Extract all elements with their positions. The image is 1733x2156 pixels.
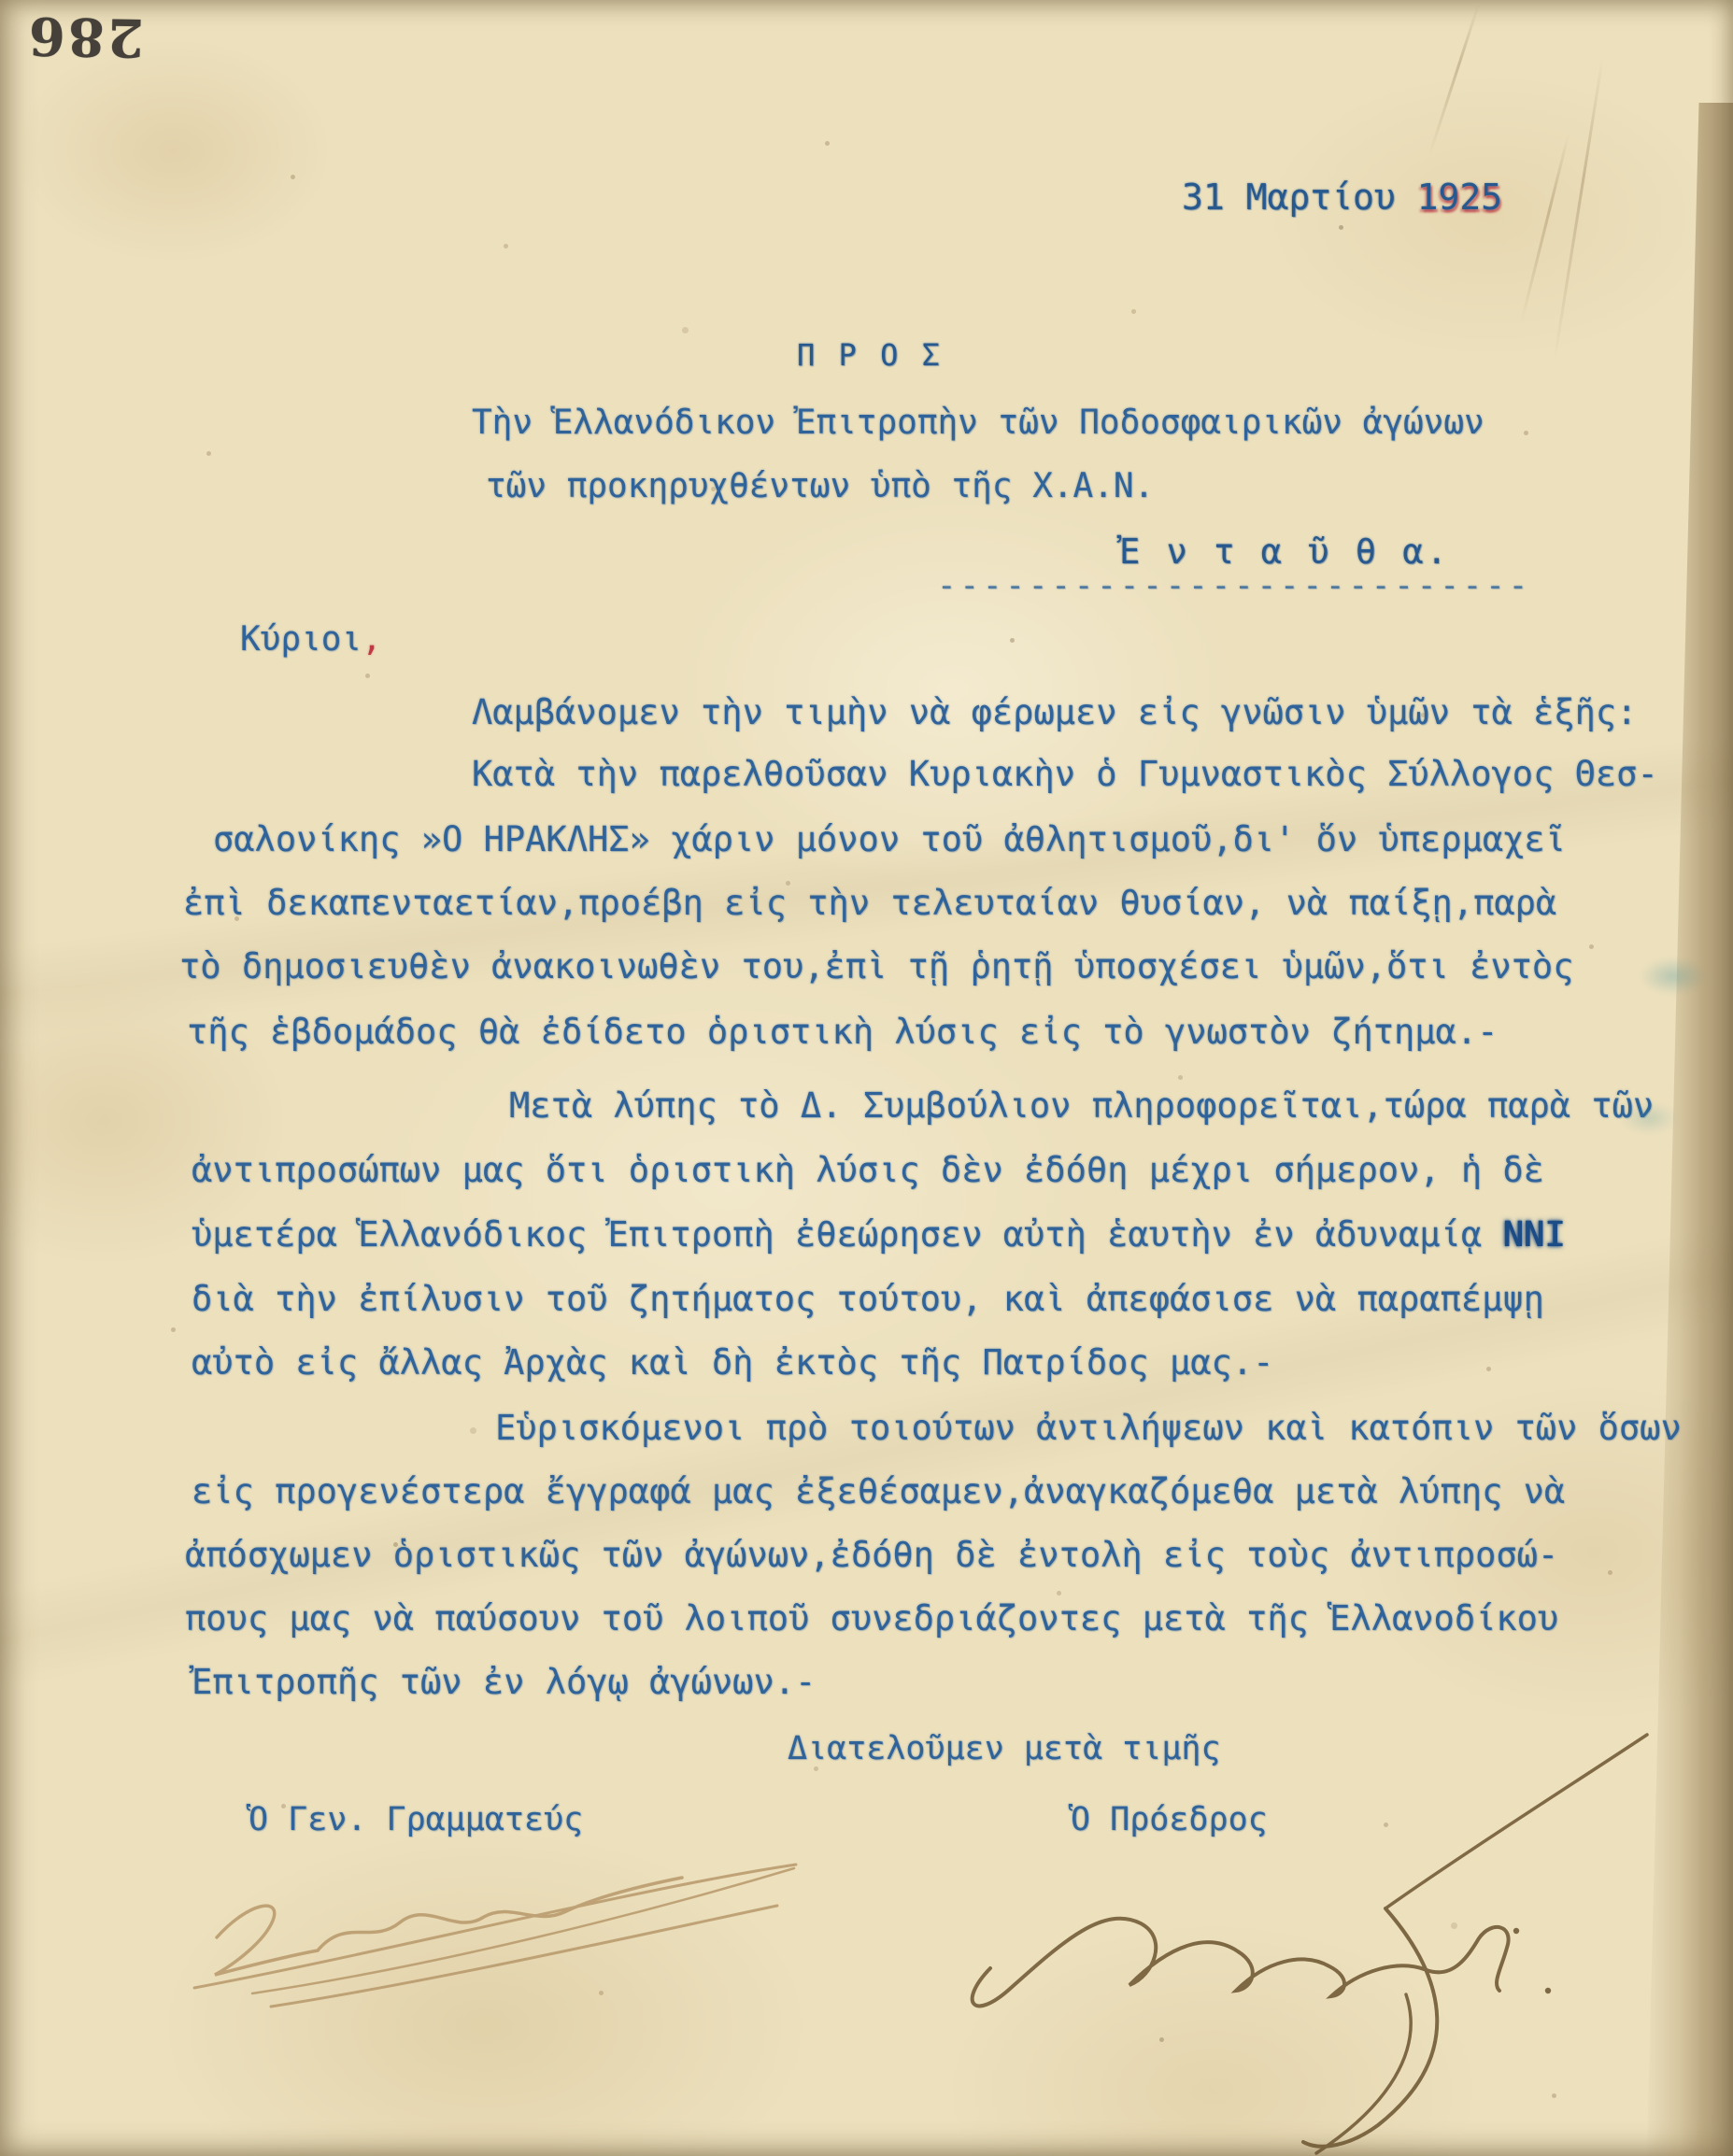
letter-heading: Π Ρ Ο Σ xyxy=(797,338,943,373)
body-line: Κατὰ τὴν παρελθοῦσαν Κυριακὴν ὁ Γυμναστι… xyxy=(472,755,1658,795)
body-line: Λαμβάνομεν τὴν τιμὴν νὰ φέρωμεν εἰς γνῶσ… xyxy=(472,693,1637,733)
body-line: τῆς ἑβδομάδος θὰ ἐδίδετο ὁριστικὴ λύσις … xyxy=(187,1013,1498,1053)
recipient-line-2: τῶν προκηρυχθέντων ὑπὸ τῆς Χ.Α.Ν. xyxy=(486,467,1154,505)
place-underline: -------------------------- xyxy=(937,568,1531,604)
body-line: ἐπὶ δεκαπενταετίαν,προέβη εἰς τὴν τελευτ… xyxy=(183,884,1556,924)
paper-crease xyxy=(1553,58,1604,362)
body-line: Μετὰ λύπης τὸ Δ. Συμβούλιον πληροφορεῖτα… xyxy=(509,1086,1654,1127)
body-line: ὑμετέρα Ἑλλανόδικος Ἐπιτροπὴ ἐθεώρησεν α… xyxy=(192,1215,1565,1255)
page-number: 286 xyxy=(25,5,144,68)
body-line: εἰς προγενέστερα ἔγγραφά μας ἐξεθέσαμεν,… xyxy=(192,1472,1565,1512)
salutation: Κύριοι, xyxy=(240,620,382,659)
body-line: Ἐπιτροπῆς τῶν ἐν λόγῳ ἀγώνων.- xyxy=(192,1663,816,1703)
body-line: αὐτὸ εἰς ἄλλας Ἀρχὰς καὶ δὴ ἐκτὸς τῆς Πα… xyxy=(192,1343,1273,1383)
salutation-comma: , xyxy=(362,620,382,659)
body-line: Εὑρισκόμενοι πρὸ τοιούτων ἀντιλήψεων καὶ… xyxy=(495,1409,1682,1449)
date-text: 31 Μαρτίου xyxy=(1182,177,1417,218)
president-signature xyxy=(939,1714,1686,2156)
body-line: τὸ δημοσιευθὲν ἀνακοινωθὲν του,ἐπὶ τῇ ῥη… xyxy=(179,947,1573,987)
date-line: 31 Μαρτίου 1925 xyxy=(1182,177,1502,219)
paper-crease xyxy=(1520,134,1570,324)
overstrike-text: ΝΝΙ xyxy=(1502,1214,1565,1255)
body-line: ἀπόσχωμεν ὁριστικῶς τῶν ἀγώνων,ἐδόθη δὲ … xyxy=(185,1536,1558,1576)
recipient-line-1: Τὴν Ἑλλανόδικον Ἐπιτροπὴν τῶν Ποδοσφαιρι… xyxy=(472,404,1484,442)
paper-speckles xyxy=(0,0,3,3)
body-line-text: ὑμετέρα Ἑλλανόδικος Ἐπιτροπὴ ἐθεώρησεν α… xyxy=(192,1214,1502,1255)
date-year: 1925 xyxy=(1417,177,1503,218)
body-line: ἀντιπροσώπων μας ὅτι ὁριστικὴ λύσις δὲν … xyxy=(192,1151,1544,1191)
body-line: πους μας νὰ παύσουν τοῦ λοιποῦ συνεδριάζ… xyxy=(185,1599,1558,1639)
body-line: διὰ τὴν ἐπίλυσιν τοῦ ζητήματος τούτου, κ… xyxy=(192,1280,1544,1320)
paper-crease xyxy=(1428,4,1480,156)
ink-print-through xyxy=(1621,1102,1677,1134)
salutation-word: Κύριοι xyxy=(240,620,362,659)
ink-print-through xyxy=(1641,957,1706,995)
body-line: σαλονίκης »Ο ΗΡΑΚΛΗΣ» χάριν μόνον τοῦ ἀθ… xyxy=(213,820,1566,860)
scanned-letter-page: 286 31 Μαρτίου 1925 Π Ρ Ο Σ Τὴν Ἑλλανόδι… xyxy=(0,0,1733,2156)
secretary-signature xyxy=(159,1823,813,2020)
